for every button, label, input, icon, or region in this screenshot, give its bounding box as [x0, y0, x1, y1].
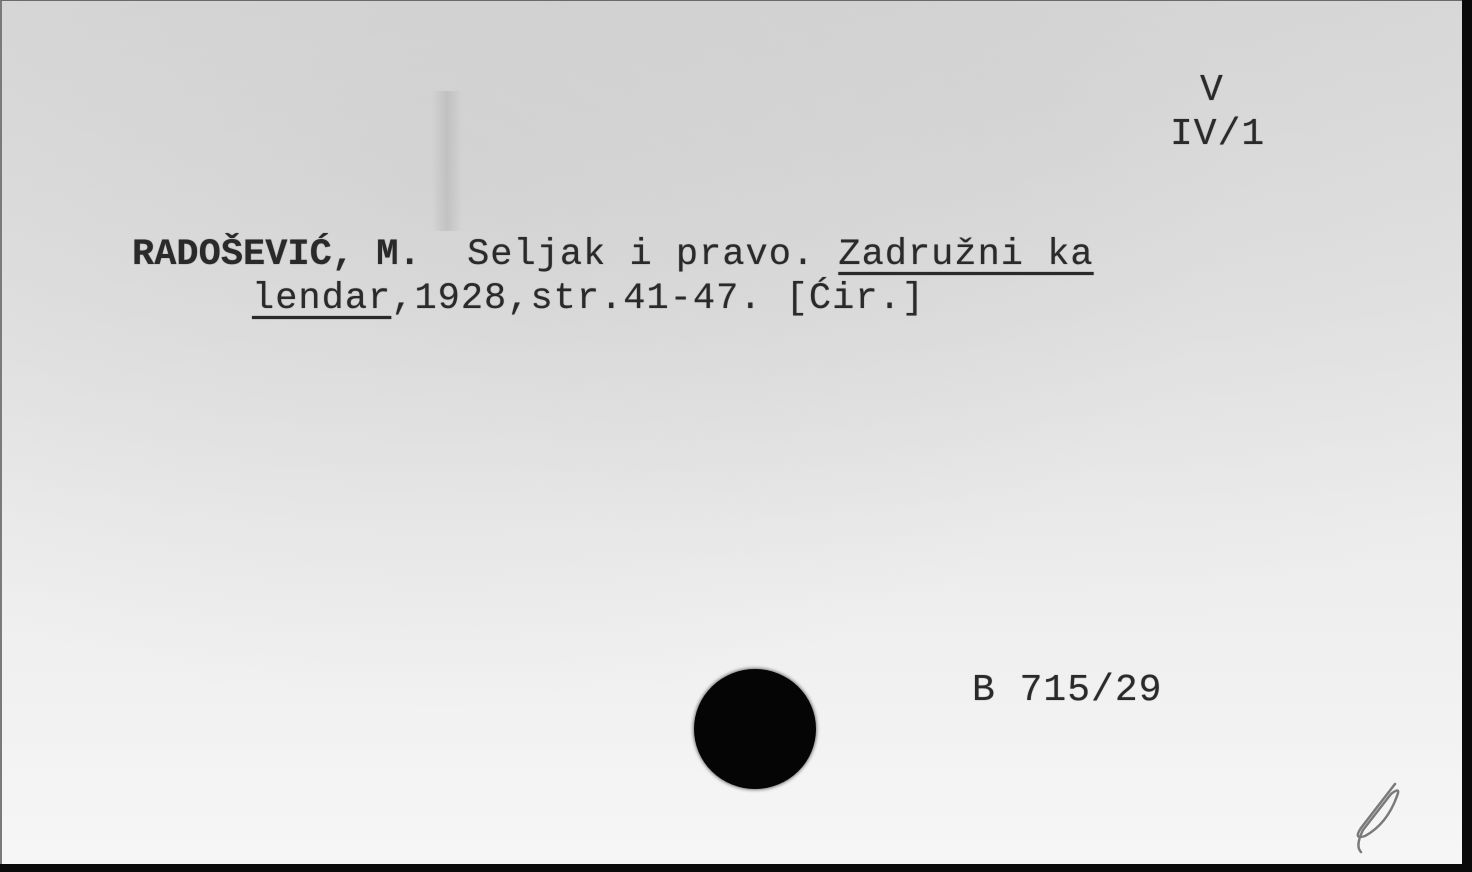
- scan-frame-bottom: [0, 864, 1472, 872]
- catalog-card: V IV/1 RADOŠEVIĆ, M. Seljak i pravo. Zad…: [0, 0, 1462, 864]
- publication-details: ,1928,str.41-47.: [391, 278, 762, 320]
- series-title-part2: lendar: [252, 278, 391, 320]
- article-title: Seljak i pravo.: [467, 234, 815, 276]
- scan-frame-right: [1462, 0, 1472, 872]
- series-title-part1: Zadružni ka: [838, 234, 1093, 276]
- entry-line-2: lendar,1928,str.41-47. [Ćir.]: [252, 277, 925, 321]
- paper-shading: [432, 91, 462, 231]
- handwritten-mark-icon: [1347, 776, 1407, 856]
- script-note: [Ćir.]: [786, 278, 925, 320]
- author-name: RADOŠEVIĆ, M.: [132, 234, 421, 276]
- call-number: B 715/29: [972, 669, 1162, 713]
- punch-hole: [694, 669, 816, 789]
- classmark-bottom: IV/1: [1170, 113, 1265, 157]
- entry-line-1: RADOŠEVIĆ, M. Seljak i pravo. Zadružni k…: [132, 233, 1094, 277]
- classmark-top: V: [1200, 71, 1224, 111]
